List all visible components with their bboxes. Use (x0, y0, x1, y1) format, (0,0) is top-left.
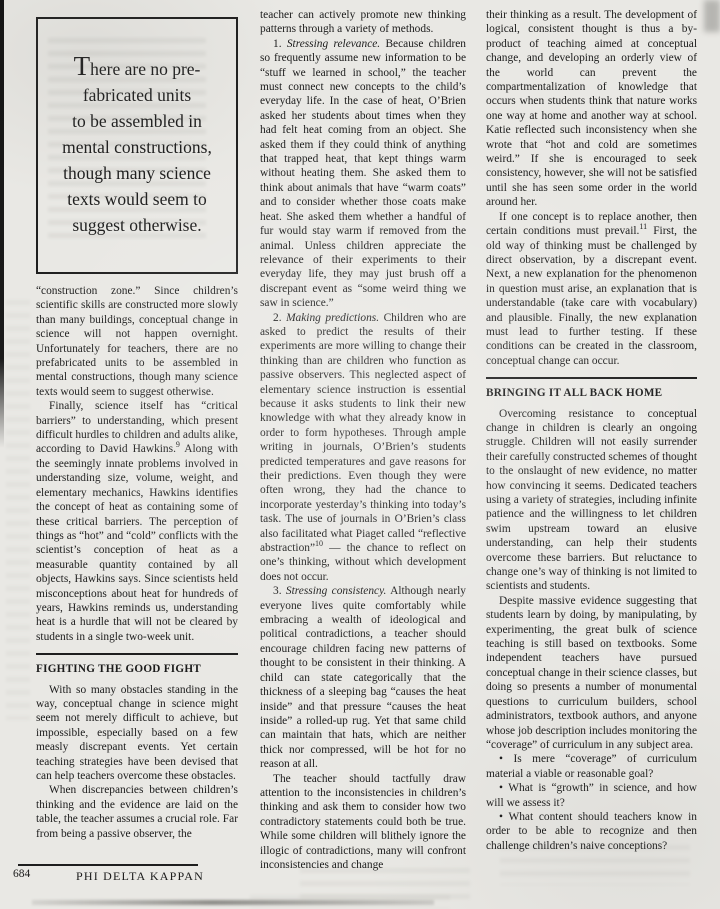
footer-rule (18, 864, 198, 866)
paragraph: their thinking as a result. The developm… (486, 8, 697, 210)
paragraph: The teacher should tactfully draw attent… (260, 772, 466, 873)
bullet-item: • What is “growth” in science, and how w… (486, 781, 697, 810)
scan-edge-artifact (0, 0, 4, 448)
scan-bottom-artifact (32, 900, 434, 905)
paragraph: With so many obstacles standing in the w… (36, 683, 238, 784)
paragraph: 3. Stressing consistency. Although nearl… (260, 584, 466, 771)
pull-quote-box: There are no pre-fabricated unitsto be a… (36, 17, 238, 274)
page-number: 684 (13, 868, 30, 880)
middle-column: teacher can actively promote new thinkin… (260, 8, 466, 872)
section-heading: BRINGING IT ALL BACK HOME (486, 377, 697, 400)
paragraph: If one concept is to replace another, th… (486, 210, 697, 368)
journal-name: PHI DELTA KAPPAN (76, 869, 204, 884)
bullet-item: • Is mere “coverage” of curriculum mater… (486, 752, 697, 781)
paragraph: teacher can actively promote new thinkin… (260, 8, 466, 37)
bleedthrough-ghost (6, 300, 30, 720)
magazine-page: There are no pre-fabricated unitsto be a… (0, 0, 720, 909)
paragraph: When discrepancies between children’s th… (36, 783, 238, 841)
right-column: their thinking as a result. The developm… (486, 8, 697, 853)
paragraph: Finally, science itself has “critical ba… (36, 399, 238, 644)
paragraph: Despite massive evidence suggesting that… (486, 594, 697, 752)
pull-quote-line: texts would seem to (38, 186, 236, 212)
paragraph: “construction zone.” Since children’s sc… (36, 284, 238, 399)
pull-quote-line: mental constructions, (38, 134, 236, 160)
scan-corner-artifact (704, 0, 720, 32)
section-heading: FIGHTING THE GOOD FIGHT (36, 653, 238, 676)
bullet-item: • What content should teachers know in o… (486, 810, 697, 853)
bleedthrough-ghost (300, 868, 470, 900)
pull-quote-line: suggest otherwise. (38, 212, 236, 238)
pull-quote-line: though many science (38, 160, 236, 186)
left-column: There are no pre-fabricated unitsto be a… (36, 17, 238, 841)
pull-quote-line: fabricated units (38, 82, 236, 108)
paragraph: Overcoming resistance to conceptual chan… (486, 407, 697, 594)
pull-quote-line: There are no pre- (38, 53, 236, 82)
pull-quote-line: to be assembled in (38, 108, 236, 134)
left-column-text: “construction zone.” Since children’s sc… (36, 284, 238, 841)
paragraph: 1. Stressing relevance. Because children… (260, 37, 466, 311)
paragraph: 2. Making predictions. Children who are … (260, 311, 466, 585)
